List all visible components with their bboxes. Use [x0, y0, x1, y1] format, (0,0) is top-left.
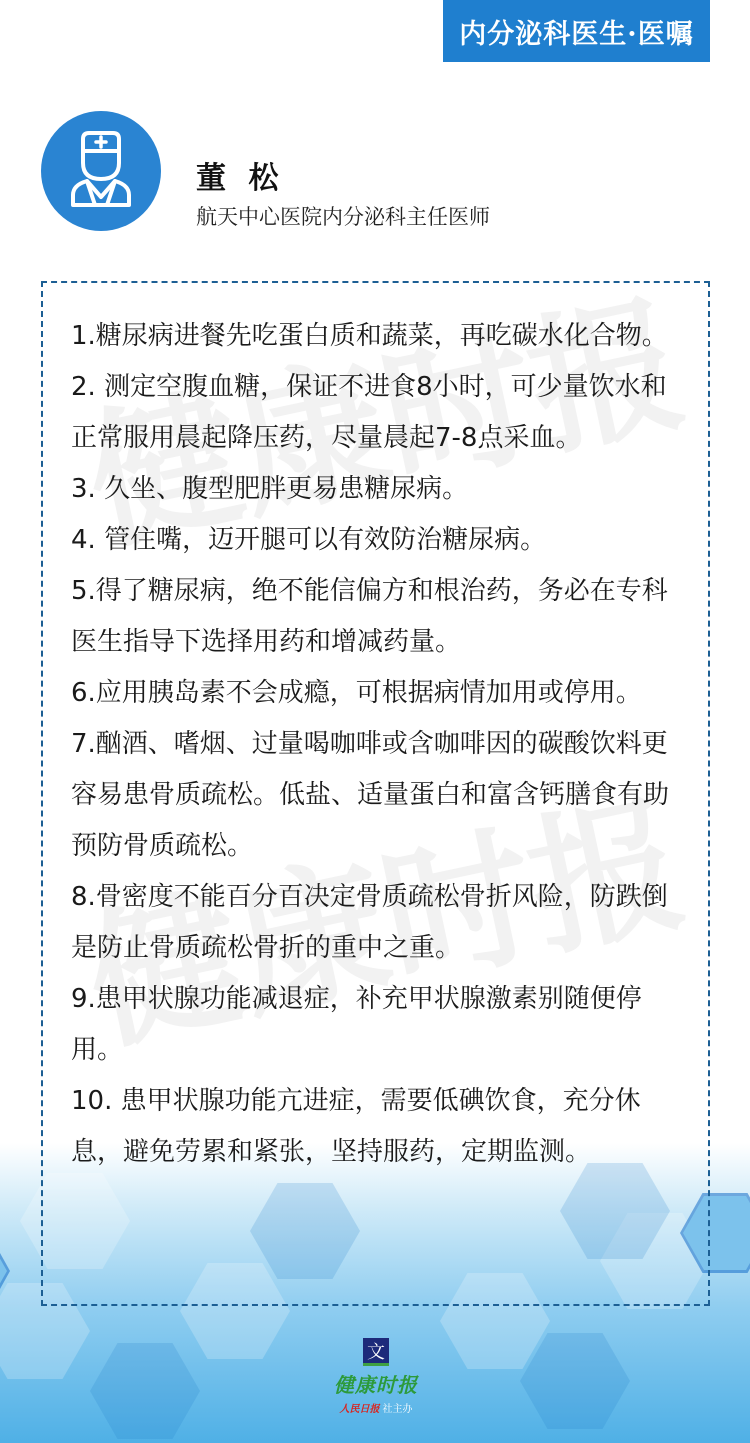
publisher-logo: 文 健康时报 人民日报社主办 [330, 1338, 422, 1415]
advice-panel: 健康时报 健康时报 1.糖尿病进餐先吃蛋白质和蔬菜，再吃碳水化合物。 2. 测定… [41, 281, 710, 1306]
advice-item: 8.骨密度不能百分百决定骨质疏松骨折风险，防跌倒是防止骨质疏松骨折的重中之重。 [71, 872, 691, 974]
advice-item: 4. 管住嘴，迈开腿可以有效防治糖尿病。 [71, 515, 691, 566]
logo-name: 健康时报 [334, 1369, 418, 1398]
doctor-icon [69, 129, 133, 213]
advice-item: 9.患甲状腺功能减退症，补充甲状腺激素别随便停用。 [71, 974, 691, 1076]
advice-item: 3. 久坐、腹型肥胖更易患糖尿病。 [71, 464, 691, 515]
doctor-title: 航天中心医院内分泌科主任医师 [196, 201, 490, 231]
advice-item: 1.糖尿病进餐先吃蛋白质和蔬菜，再吃碳水化合物。 [71, 311, 691, 362]
publisher-suffix: 社主办 [383, 1404, 413, 1415]
publisher-name: 人民日报 [340, 1404, 380, 1415]
logo-mark-icon: 文 [363, 1338, 389, 1366]
advice-item: 10. 患甲状腺功能亢进症，需要低碘饮食，充分休息，避免劳累和紧张，坚持服药，定… [71, 1076, 691, 1178]
advice-item: 6.应用胰岛素不会成瘾，可根据病情加用或停用。 [71, 668, 691, 719]
doctor-name: 董 松 [196, 153, 284, 197]
advice-item: 5.得了糖尿病，绝不能信偏方和根治药，务必在专科医生指导下选择用药和增减药量。 [71, 566, 691, 668]
logo-publisher: 人民日报社主办 [340, 1400, 413, 1415]
section-badge: 内分泌科医生·医嘱 [443, 0, 710, 62]
advice-item: 2. 测定空腹血糖，保证不进食8小时，可少量饮水和正常服用晨起降压药，尽量晨起7… [71, 362, 691, 464]
advice-list: 1.糖尿病进餐先吃蛋白质和蔬菜，再吃碳水化合物。 2. 测定空腹血糖，保证不进食… [71, 311, 691, 1178]
avatar [41, 111, 161, 231]
advice-item: 7.酗酒、嗜烟、过量喝咖啡或含咖啡因的碳酸饮料更容易患骨质疏松。低盐、适量蛋白和… [71, 719, 691, 872]
